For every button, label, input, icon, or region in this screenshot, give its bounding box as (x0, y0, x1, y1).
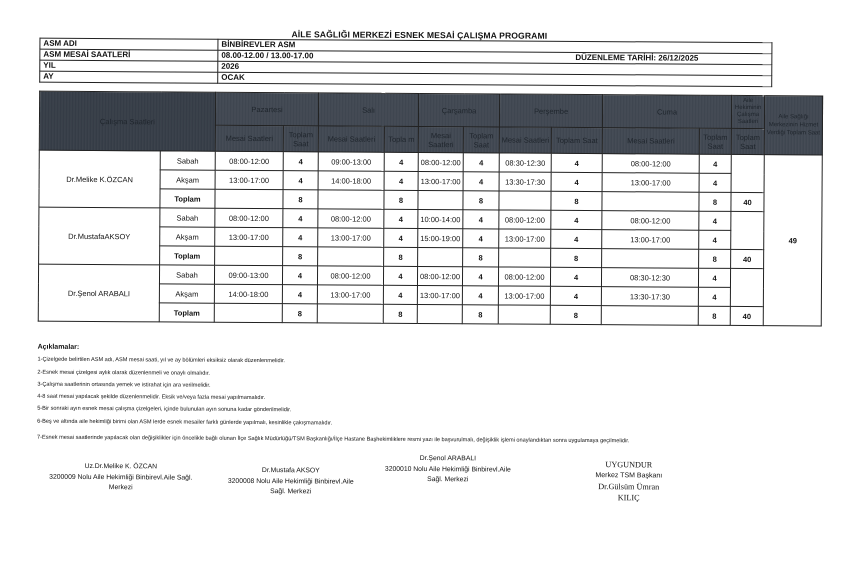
day-total-value: 8 (699, 192, 731, 211)
evening-hour-count: 4 (463, 229, 499, 248)
morning-hours: 08:00-12:00 (417, 266, 462, 285)
day-total-spacer (602, 192, 699, 212)
morning-hour-count: 4 (462, 267, 498, 286)
morning-hour-count: 4 (551, 153, 602, 172)
info-table: ASM ADI BİNBİREVLER ASM ASM MESAİ SAATLE… (39, 38, 772, 87)
signature-block-ozcan: Uz.Dr.Melike K. ÖZCAN 3200009 Nolu Aile … (21, 462, 221, 495)
evening-hours: 13:00-17:00 (215, 170, 283, 189)
evening-hours: 13:00-17:00 (418, 171, 463, 190)
morning-hour-count: 4 (463, 153, 499, 172)
weekly-hours-header: Aile Hekiminin Çalışma Saatleri (731, 95, 764, 128)
day-header-wednesday: Çarşamba (418, 93, 499, 126)
friday-total-subheader: Toplam Saat (699, 128, 731, 154)
day-total-spacer (317, 304, 383, 323)
day-total-spacer (215, 246, 283, 265)
approval-role: Merkez TSM Başkanı (574, 470, 684, 482)
day-total-value: 8 (551, 248, 602, 267)
morning-hour-count: 4 (384, 209, 418, 228)
signature-unit-cont: Sağl. Merkezi (368, 475, 528, 486)
evening-hours: 13:00-17:00 (602, 230, 699, 250)
asm-name-label: ASM ADI (40, 38, 218, 50)
weekly-total-value: 40 (730, 306, 763, 325)
day-total-value: 8 (463, 248, 499, 267)
thursday-hours-subheader: Mesai Saatleri (499, 127, 551, 153)
evening-hours: 13:00-17:00 (498, 286, 550, 305)
day-total-spacer (417, 304, 462, 323)
evening-hour-count: 4 (551, 229, 602, 248)
signature-unit: 3200009 Nolu Aile Hekimliği Binbirevl.Ai… (21, 472, 221, 484)
day-total-value: 8 (383, 304, 417, 323)
day-total-value: 8 (551, 191, 602, 210)
signature-unit-cont: Merkezi (21, 483, 221, 495)
day-total-value: 8 (462, 305, 498, 324)
morning-hours: 08:00-12:00 (498, 267, 550, 286)
day-total-spacer (602, 249, 699, 269)
day-total-spacer (499, 191, 551, 210)
day-header-friday: Cuma (602, 95, 731, 129)
day-header-tuesday: Salı (318, 93, 418, 127)
morning-hours: 08:00-12:00 (318, 209, 384, 228)
morning-hour-count: 4 (282, 266, 317, 285)
table-row: Dr.Melike K.ÖZCANSabah08:00-12:00409:00-… (39, 150, 822, 174)
morning-hour-count: 4 (384, 152, 418, 171)
morning-hour-count: 4 (699, 211, 731, 230)
day-total-spacer (418, 190, 463, 209)
doctor-name: Dr.MustafaAKSOY (39, 207, 160, 265)
shift-label-evening: Akşam (160, 227, 215, 246)
approval-name: Dr.Gülsüm Ümran (574, 481, 684, 493)
evening-hours: 13:00-17:00 (318, 228, 384, 247)
shift-label-morning: Sabah (159, 265, 214, 284)
signature-unit-cont: Sağl. Merkezi (211, 487, 371, 498)
day-total-spacer (318, 190, 384, 209)
signature-unit: 3200008 Nolu Aile Hekimliği Binbirevl.Ai… (211, 476, 371, 487)
evening-hour-count: 4 (384, 171, 418, 190)
shift-label-evening: Akşam (159, 284, 214, 303)
day-total-value: 8 (283, 190, 318, 209)
evening-hour-count: 4 (698, 287, 730, 306)
shift-label-morning: Sabah (160, 151, 215, 170)
morning-hours: 08:00-12:00 (602, 154, 699, 174)
evening-hours: 13:00-17:00 (317, 285, 383, 304)
month-label: AY (40, 71, 218, 83)
morning-hours: 08:30-12:30 (499, 153, 551, 172)
morning-hours: 08:00-12:00 (418, 152, 463, 171)
morning-hour-count: 4 (698, 268, 730, 287)
day-total-value: 8 (463, 191, 499, 210)
shift-label-total: Toplam (160, 189, 215, 208)
tuesday-hours-subheader: Mesai Saatleri (318, 126, 384, 152)
signature-unit: 3200010 Nolu Aile Hekimliği Binbirevl.Ai… (368, 464, 528, 475)
weekly-total-empty (730, 268, 763, 306)
month-value: OCAK (218, 72, 772, 86)
evening-hour-count: 4 (699, 230, 731, 249)
shift-label-total: Toplam (160, 246, 215, 265)
thursday-total-subheader: Toplam Saat (551, 127, 602, 153)
weekly-total-empty (731, 211, 764, 249)
evening-hours: 15:00-19:00 (418, 228, 463, 247)
evening-hours: 13:00-17:00 (417, 285, 462, 304)
evening-hours: 13:30-17:30 (601, 287, 698, 307)
evening-hour-count: 4 (551, 172, 602, 191)
evening-hours: 14:00-18:00 (318, 171, 384, 190)
wednesday-total-subheader: Toplam Saat (463, 127, 499, 153)
table-row: Dr.MustafaAKSOYSabah08:00-12:00408:00-12… (39, 207, 822, 231)
asm-hours-value: 08.00-12.00 / 13.00-17.00 (221, 51, 313, 62)
approval-surname: KILIÇ (574, 492, 684, 504)
evening-hours: 14:00-18:00 (214, 284, 282, 303)
evening-hour-count: 4 (283, 171, 318, 190)
schedule-table: Çalışma Saatleri Pazartesi Salı Çarşamba… (38, 91, 823, 327)
evening-hour-count: 4 (550, 286, 601, 305)
morning-hours: 08:30-12:30 (601, 268, 698, 288)
table-row: Dr.Şenol ARABALISabah09:00-13:00408:00-1… (38, 264, 821, 288)
evening-hour-count: 4 (384, 228, 418, 247)
morning-hour-count: 4 (283, 209, 318, 228)
day-total-value: 8 (699, 249, 731, 268)
morning-hour-count: 4 (463, 210, 499, 229)
morning-hour-count: 4 (283, 152, 318, 171)
evening-hour-count: 4 (383, 285, 417, 304)
doctor-name: Dr.Melike K.ÖZCAN (39, 150, 160, 208)
day-total-spacer (601, 306, 698, 326)
morning-hours: 08:00-12:00 (215, 151, 283, 170)
evening-hour-count: 4 (283, 228, 318, 247)
doctor-name: Dr.Şenol ARABALI (38, 264, 159, 322)
evening-hour-count: 4 (463, 172, 499, 191)
morning-hours: 09:00-13:00 (214, 265, 282, 284)
notes-section: Açıklamalar: 1-Çizelgede belirtilen ASM … (37, 342, 333, 430)
tuesday-total-subheader: Topla m (384, 126, 418, 152)
day-total-spacer (214, 303, 282, 322)
approval-block: UYGUNDUR Merkez TSM Başkanı Dr.Gülsüm Üm… (574, 459, 684, 504)
day-total-value: 8 (283, 247, 318, 266)
evening-hour-count: 4 (699, 173, 731, 192)
weekly-total-subheader: Toplam Saat (731, 128, 764, 154)
wednesday-hours-subheader: Mesai Saatleri (418, 126, 463, 152)
work-hours-header: Çalışma Saatleri (39, 91, 215, 151)
day-total-value: 8 (550, 305, 601, 324)
evening-hour-count: 4 (282, 285, 317, 304)
evening-hours: 13:30-17:30 (499, 172, 551, 191)
morning-hour-count: 4 (551, 210, 602, 229)
day-header-monday: Pazartesi (215, 92, 318, 126)
day-total-spacer (498, 305, 550, 324)
morning-hours: 08:00-12:00 (499, 210, 551, 229)
weekly-total-value: 40 (731, 192, 764, 211)
morning-hour-count: 4 (550, 267, 601, 286)
day-total-spacer (318, 247, 384, 266)
signature-block-arabali: Dr.Şenol ARABALI 3200010 Nolu Aile Hekim… (368, 454, 528, 486)
shift-label-evening: Akşam (160, 170, 215, 189)
signature-block-aksoy: Dr.Mustafa AKSOY 3200008 Nolu Aile Hekim… (211, 466, 371, 498)
center-total-header: Aile Sağlığı Merkezinin Hizmet Verdiği T… (764, 96, 822, 155)
edit-date: DÜZENLEME TARİHİ: 26/12/2025 (575, 53, 698, 64)
center-total-value: 49 (763, 155, 822, 326)
morning-hour-count: 4 (383, 266, 417, 285)
morning-hours: 08:00-12:00 (602, 211, 699, 231)
day-total-value: 8 (384, 190, 418, 209)
day-header-thursday: Perşembe (499, 94, 602, 128)
evening-hours: 13:00-17:00 (602, 173, 699, 193)
morning-hours: 10:00-14:00 (418, 209, 463, 228)
day-total-value: 8 (282, 304, 317, 323)
monday-total-subheader: Toplam Saat (283, 126, 318, 152)
morning-hours: 08:00-12:00 (317, 266, 383, 285)
day-total-spacer (215, 189, 283, 208)
document-page: AİLE SAĞLIĞI MERKEZİ ESNEK MESAİ ÇALIŞMA… (0, 0, 849, 565)
day-total-value: 8 (384, 247, 418, 266)
evening-hours: 13:00-17:00 (499, 229, 551, 248)
weekly-total-empty (731, 154, 764, 192)
shift-label-total: Toplam (159, 303, 214, 322)
evening-hours: 13:00-17:00 (215, 227, 283, 246)
morning-hour-count: 4 (699, 154, 731, 173)
friday-hours-subheader: Mesai Saatleri (602, 128, 699, 155)
day-total-value: 8 (698, 306, 730, 325)
note-item: 6-Beş ve altında aile hekimliği birimi o… (37, 415, 332, 429)
day-total-spacer (418, 247, 463, 266)
weekly-total-value: 40 (731, 249, 764, 268)
shift-label-morning: Sabah (160, 208, 215, 227)
morning-hours: 08:00-12:00 (215, 208, 283, 227)
approval-status: UYGUNDUR (574, 459, 684, 471)
note-item-7: 7-Esnek mesai saatlerinde yapılacak olan… (37, 435, 629, 445)
asm-hours-label: ASM MESAİ SAATLERİ (40, 49, 218, 61)
day-total-spacer (499, 248, 551, 267)
morning-hours: 09:00-13:00 (318, 152, 384, 171)
evening-hour-count: 4 (462, 286, 498, 305)
monday-hours-subheader: Mesai Saatleri (215, 125, 283, 151)
